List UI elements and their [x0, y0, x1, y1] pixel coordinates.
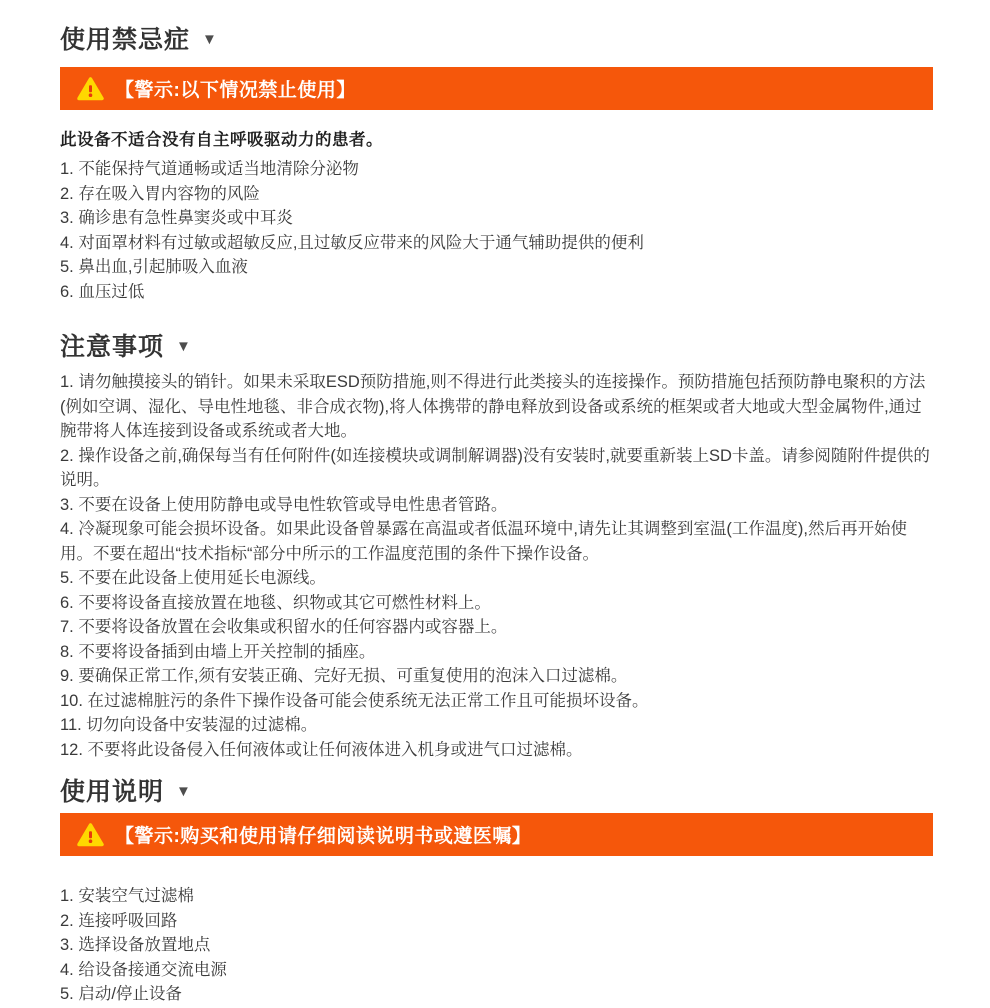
section-header-precautions[interactable]: 注意事项 ▼	[60, 333, 933, 361]
section-title: 使用禁忌症	[60, 26, 190, 54]
list-item: 4. 冷凝现象可能会损坏设备。如果此设备曾暴露在高温或者低温环境中,请先让其调整…	[60, 517, 933, 566]
collapse-arrow-icon[interactable]: ▼	[176, 778, 191, 806]
contraindications-list: 1. 不能保持气道通畅或适当地清除分泌物 2. 存在吸入胃内容物的风险 3. 确…	[60, 157, 933, 304]
list-item: 3. 不要在设备上使用防静电或导电性软管或导电性患者管路。	[60, 493, 933, 518]
collapse-arrow-icon[interactable]: ▼	[202, 26, 217, 54]
list-item: 9. 要确保正常工作,须有安装正确、完好无损、可重复使用的泡沫入口过滤棉。	[60, 664, 933, 689]
list-item: 5. 启动/停止设备	[60, 982, 933, 1007]
warning-triangle-icon	[77, 823, 104, 847]
section-header-contraindications[interactable]: 使用禁忌症 ▼	[60, 26, 933, 54]
list-item: 3. 确诊患有急性鼻窦炎或中耳炎	[60, 206, 933, 231]
warning-banner-contraindications: 【警示:以下情况禁止使用】	[60, 67, 933, 110]
list-item: 6. 血压过低	[60, 280, 933, 305]
list-item: 6. 不要将设备直接放置在地毯、织物或其它可燃性材料上。	[60, 591, 933, 616]
section-contraindications: 使用禁忌症 ▼ 【警示:以下情况禁止使用】 此设备不适合没有自主呼吸驱动力的患者…	[60, 26, 933, 304]
list-item: 2. 操作设备之前,确保每当有任何附件(如连接模块或调制解调器)没有安装时,就要…	[60, 444, 933, 493]
list-item: 11. 切勿向设备中安装湿的过滤棉。	[60, 713, 933, 738]
section-title: 注意事项	[60, 333, 164, 361]
product-description-page: 使用禁忌症 ▼ 【警示:以下情况禁止使用】 此设备不适合没有自主呼吸驱动力的患者…	[60, 0, 933, 1007]
section-header-instructions[interactable]: 使用说明 ▼	[60, 778, 933, 806]
list-item: 8. 不要将设备插到由墙上开关控制的插座。	[60, 640, 933, 665]
warning-banner-instructions: 【警示:购买和使用请仔细阅读说明书或遵医嘱】	[60, 813, 933, 856]
contraindications-intro: 此设备不适合没有自主呼吸驱动力的患者。	[60, 129, 933, 151]
list-item: 10. 在过滤棉脏污的条件下操作设备可能会使系统无法正常工作且可能损坏设备。	[60, 689, 933, 714]
list-item: 7. 不要将设备放置在会收集或积留水的任何容器内或容器上。	[60, 615, 933, 640]
warning-banner-text: 【警示:购买和使用请仔细阅读说明书或遵医嘱】	[115, 821, 531, 848]
collapse-arrow-icon[interactable]: ▼	[176, 333, 191, 361]
list-item: 5. 不要在此设备上使用延长电源线。	[60, 566, 933, 591]
list-item: 1. 安装空气过滤棉	[60, 884, 933, 909]
section-title: 使用说明	[60, 778, 164, 806]
warning-triangle-icon	[77, 77, 104, 101]
list-item: 2. 存在吸入胃内容物的风险	[60, 182, 933, 207]
warning-banner-text: 【警示:以下情况禁止使用】	[115, 75, 356, 102]
list-item: 1. 不能保持气道通畅或适当地清除分泌物	[60, 157, 933, 182]
list-item: 3. 选择设备放置地点	[60, 933, 933, 958]
list-item: 2. 连接呼吸回路	[60, 909, 933, 934]
list-item: 12. 不要将此设备侵入任何液体或让任何液体进入机身或进气口过滤棉。	[60, 738, 933, 763]
list-item: 4. 对面罩材料有过敏或超敏反应,且过敏反应带来的风险大于通气辅助提供的便利	[60, 231, 933, 256]
list-item: 4. 给设备接通交流电源	[60, 958, 933, 983]
instructions-list: 1. 安装空气过滤棉 2. 连接呼吸回路 3. 选择设备放置地点 4. 给设备接…	[60, 884, 933, 1007]
section-precautions: 注意事项 ▼ 1. 请勿触摸接头的销针。如果未采取ESD预防措施,则不得进行此类…	[60, 333, 933, 762]
precautions-list: 1. 请勿触摸接头的销针。如果未采取ESD预防措施,则不得进行此类接头的连接操作…	[60, 370, 933, 762]
list-item: 1. 请勿触摸接头的销针。如果未采取ESD预防措施,则不得进行此类接头的连接操作…	[60, 370, 933, 444]
section-instructions: 使用说明 ▼ 【警示:购买和使用请仔细阅读说明书或遵医嘱】 1. 安装空气过滤棉…	[60, 778, 933, 1007]
list-item: 5. 鼻出血,引起肺吸入血液	[60, 255, 933, 280]
